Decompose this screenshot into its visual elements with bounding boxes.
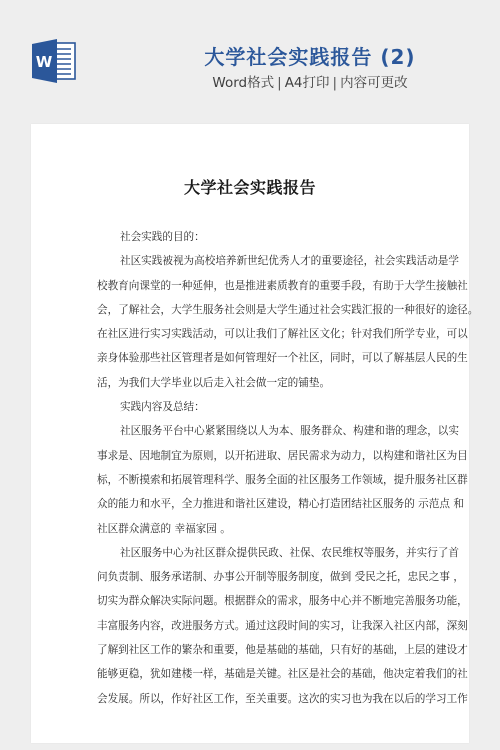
text-line: 亲身体验那些社区管理者是如何管理好一个社区，同时，可以了解基层人民的生	[97, 346, 404, 370]
text-line: 社区服务中心为社区群众提供民政、社保、农民维权等服务，并实行了首	[97, 541, 404, 565]
text-line: 众的能力和水平，全力推进和谐社区建设，精心打造团结社区服务的 示范点 和	[97, 492, 404, 516]
text-line: 会发展。所以，作好社区工作，至关重要。这次的实习也为我在以后的学习工作	[97, 687, 404, 711]
text-line: 能够更稳，犹如建楼一样，基础是关键。社区是社会的基础，他决定着我们的社	[97, 662, 404, 686]
document-title: 大学社会实践报告	[31, 176, 469, 200]
paragraph-purpose-heading: 社会实践的目的：	[97, 225, 404, 249]
text-line: 会，了解社会，大学生服务社会则是大学生通过社会实践汇报的一种很好的途径。	[97, 298, 404, 322]
text-line: 问负责制、服务承诺制、办事公开制等服务制度，做到 受民之托，忠民之事 ，	[97, 565, 404, 589]
subtitle-format: Word格式	[212, 75, 274, 91]
text-line: 事求是、因地制宜为原则，以开拓进取、居民需求为动力，以构建和谐社区为目	[97, 444, 404, 468]
header-subtitle: Word格式|A4打印|内容可更改	[0, 73, 500, 93]
text-line: 丰富服务内容，改进服务方式。通过这段时间的实习，让我深入社区内部，深刻	[97, 614, 404, 638]
text-line: 校教育向课堂的一种延伸，也是推进素质教育的重要手段，有助于大学生接触社	[97, 274, 404, 298]
separator: |	[277, 75, 282, 91]
text-line: 标，不断摸索和拓展管理科学、服务全面的社区服务工作领域，提升服务社区群	[97, 468, 404, 492]
text-line: 社区群众满意的 幸福家园 。	[97, 517, 404, 541]
subtitle-print: A4打印	[285, 75, 330, 91]
text-line: 活，为我们大学毕业以后走入社会做一定的铺垫。	[97, 371, 404, 395]
paragraph-service-platform: 社区服务平台中心紧紧围绕以人为本、服务群众、构建和谐的理念，以实 事求是、因地制…	[97, 419, 404, 540]
subtitle-editable: 内容可更改	[340, 75, 408, 91]
separator: |	[333, 75, 338, 91]
paragraph-service-center: 社区服务中心为社区群众提供民政、社保、农民维权等服务，并实行了首 问负责制、服务…	[97, 541, 404, 711]
text-line: 切实为群众解决实际问题。根据群众的需求，服务中心并不断地完善服务功能，	[97, 589, 404, 613]
header: W 大学社会实践报告 (2) Word格式|A4打印|内容可更改	[0, 0, 500, 124]
text-line: 在社区进行实习实践活动，可以让我们了解社区文化；针对我们所学专业，可以	[97, 322, 404, 346]
paragraph-purpose: 社区实践被视为高校培养新世纪优秀人才的重要途径，社会实践活动是学 校教育向课堂的…	[97, 249, 404, 395]
document-page: 大学社会实践报告 社会实践的目的： 社区实践被视为高校培养新世纪优秀人才的重要途…	[31, 124, 469, 743]
text-line: 社区实践被视为高校培养新世纪优秀人才的重要途径，社会实践活动是学	[97, 249, 404, 273]
document-body: 社会实践的目的： 社区实践被视为高校培养新世纪优秀人才的重要途径，社会实践活动是…	[97, 225, 404, 711]
text-line: 了解到社区工作的繁杂和重要，他是基础的基础，只有好的基础，上层的建设才	[97, 638, 404, 662]
text-line: 社会实践的目的：	[97, 225, 404, 249]
header-title: 大学社会实践报告 (2)	[0, 44, 500, 70]
paragraph-content-heading: 实践内容及总结：	[97, 395, 404, 419]
text-line: 实践内容及总结：	[97, 395, 404, 419]
text-line: 社区服务平台中心紧紧围绕以人为本、服务群众、构建和谐的理念，以实	[97, 419, 404, 443]
